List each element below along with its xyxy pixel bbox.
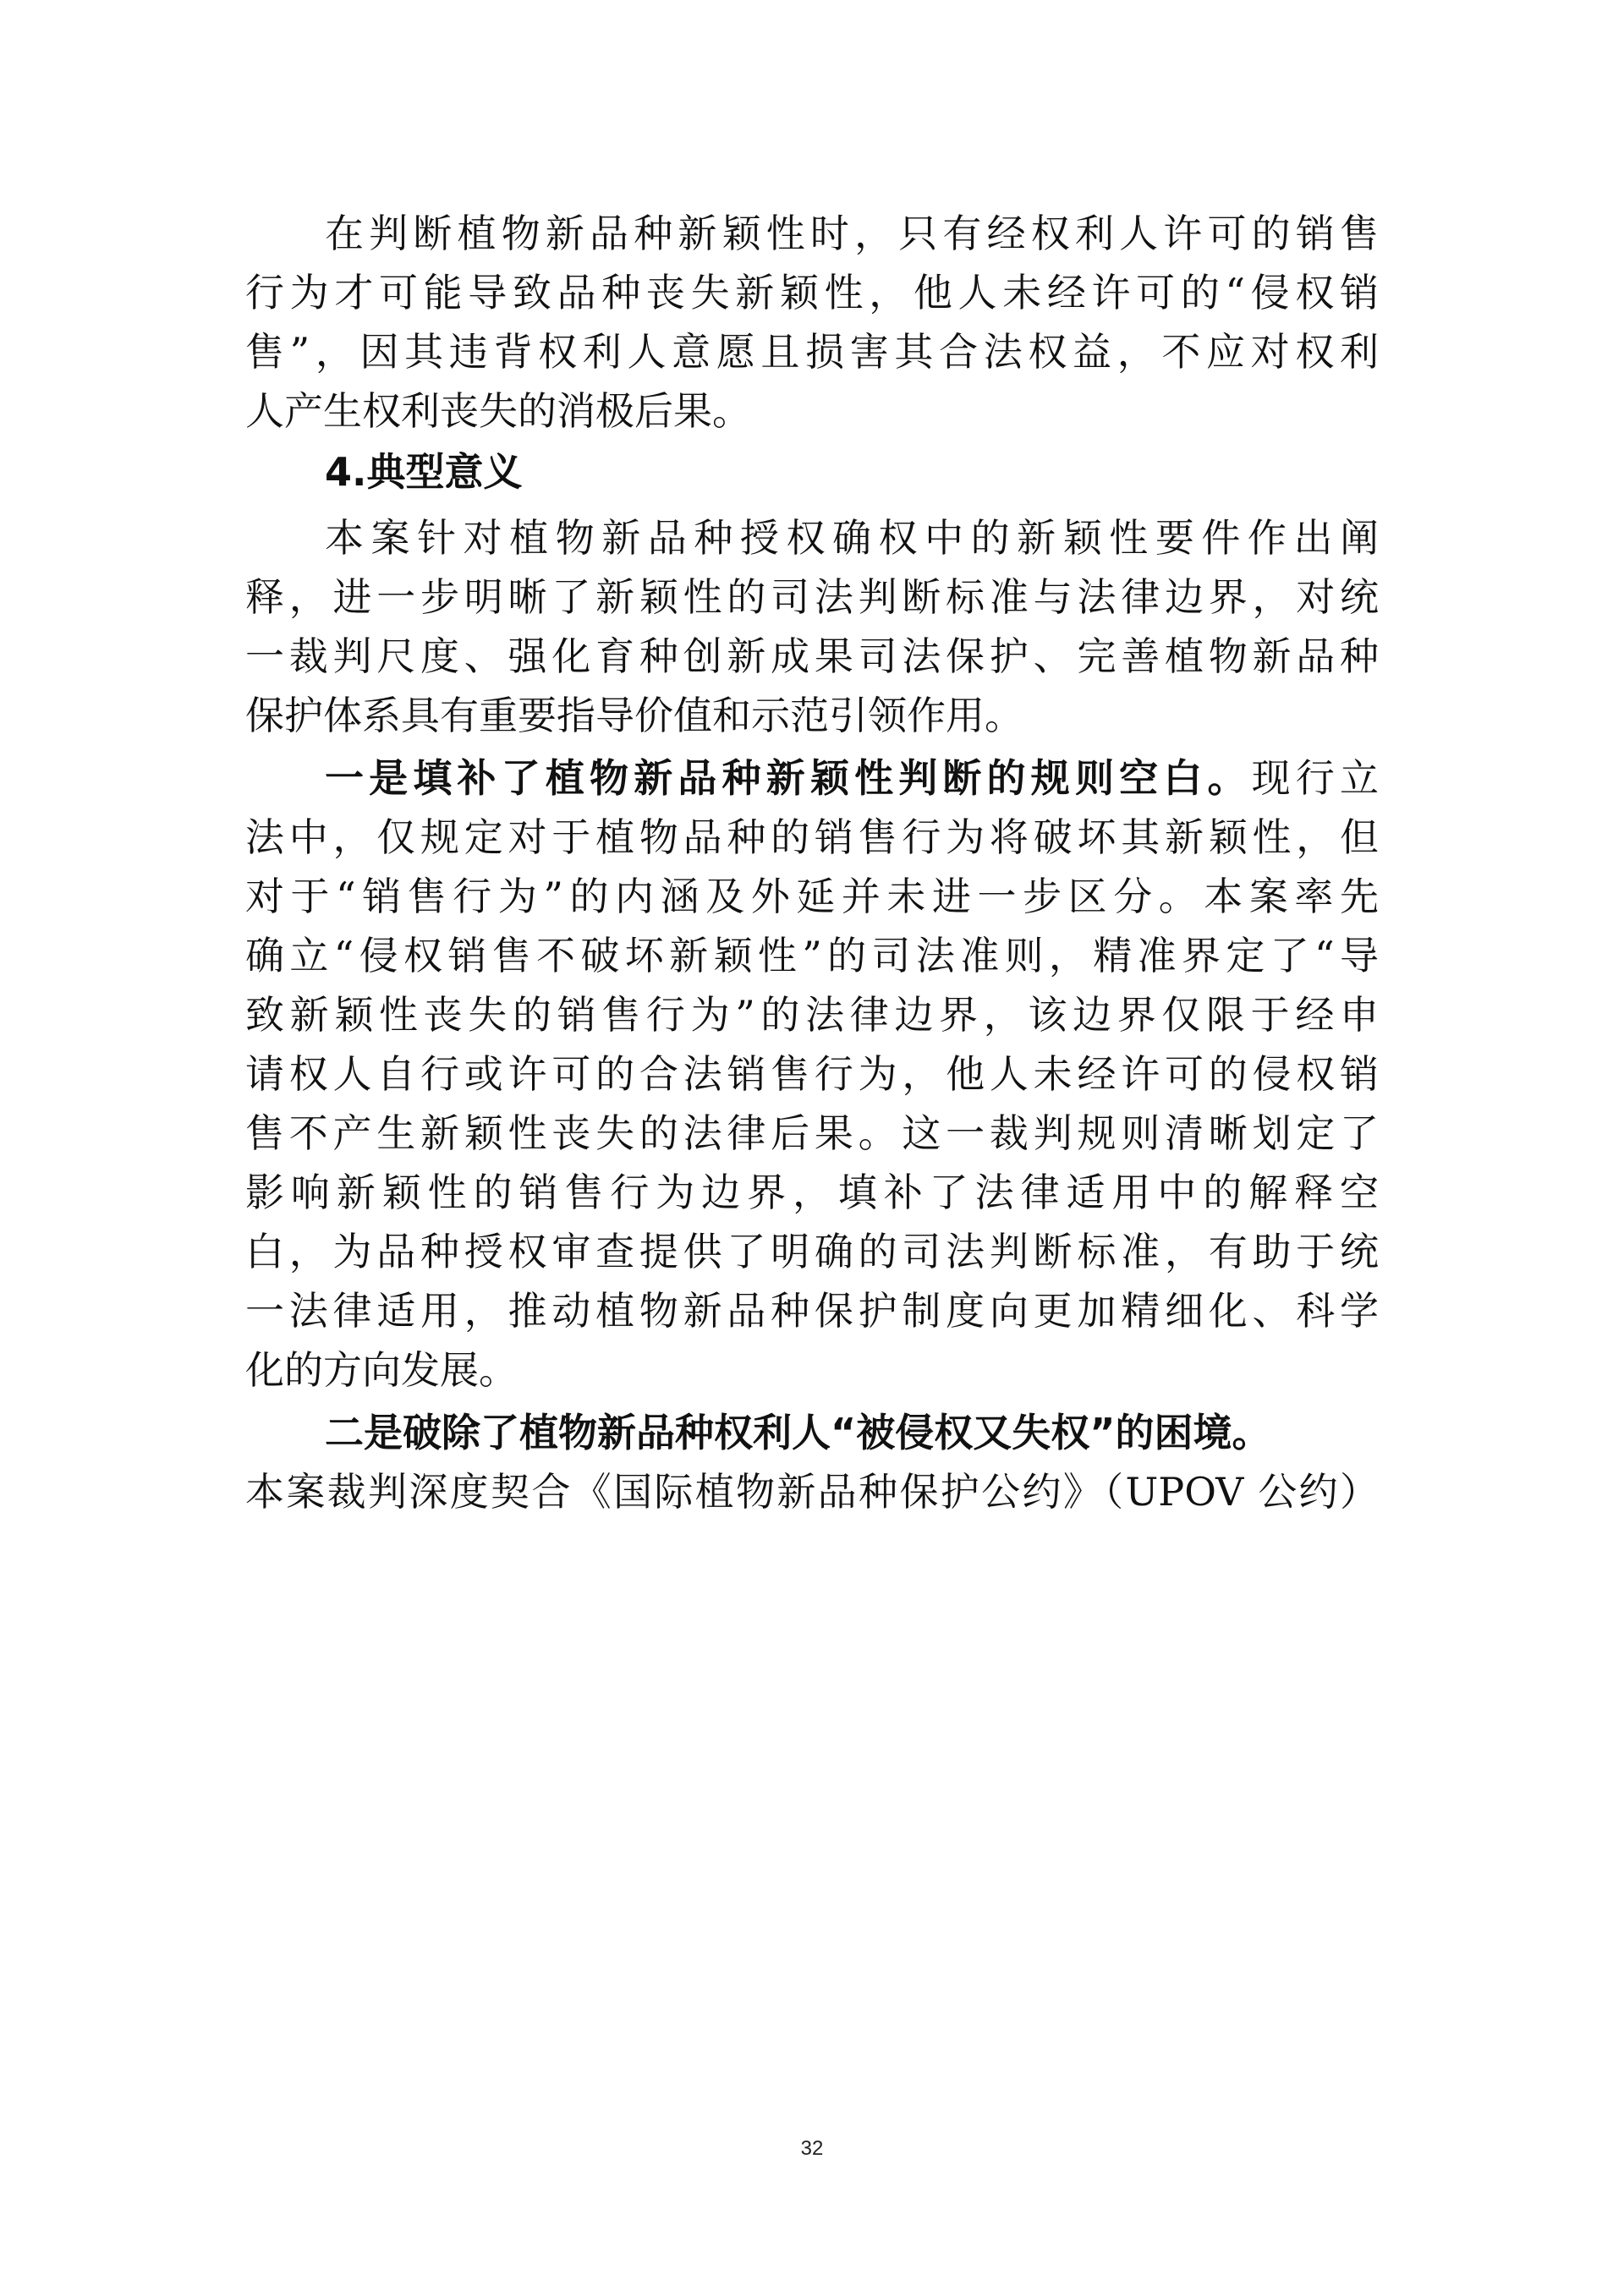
point-1-line-8: 影响新颖性的销售行为边界，填补了法律适用中的解释空 [245,1167,1379,1218]
document-page: 在判断植物新品种新颖性时，只有经权利人许可的销售 行为才可能导致品种丧失新颖性，… [0,0,1624,2296]
paragraph-1-line-2: 行为才可能导致品种丧失新颖性，他人未经许可的“侵权销 [245,267,1379,318]
point-2-line-2: 本案裁判深度契合《国际植物新品种保护公约》（UPOV 公约） [245,1466,1379,1517]
paragraph-1-line-3: 售”，因其违背权利人意愿且损害其合法权益，不应对权利 [245,326,1379,377]
point-1-lead: 一是填补了植物新品种新颖性判断的规则空白。 [325,755,1252,801]
point-1-lead-rest: 现行立 [1252,755,1379,801]
point-1-line-5: 致新颖性丧失的销售行为”的法律边界，该边界仅限于经申 [245,989,1379,1040]
paragraph-2-line-2: 释，进一步明晰了新颖性的司法判断标准与法律边界，对统 [245,572,1379,622]
paragraph-2-line-3: 一裁判尺度、强化育种创新成果司法保护、完善植物新品种 [245,631,1379,682]
point-1-line-9: 白，为品种授权审查提供了明确的司法判断标准，有助于统 [245,1226,1379,1277]
point-1-line-11: 化的方向发展。 [245,1345,1379,1395]
paragraph-2-line-1: 本案针对植物新品种授权确权中的新颖性要件作出阐 [325,512,1379,563]
point-1-line-4: 确立“侵权销售不破坏新颖性”的司法准则，精准界定了“导 [245,930,1379,981]
paragraph-1-line-1: 在判断植物新品种新颖性时，只有经权利人许可的销售 [325,208,1379,259]
point-1-line-6: 请权人自行或许可的合法销售行为，他人未经许可的侵权销 [245,1049,1379,1099]
page-number: 32 [0,2137,1624,2161]
point-1-line-3: 对于“销售行为”的内涵及外延并未进一步区分。本案率先 [245,871,1379,922]
point-2-line-1: 二是破除了植物新品种权利人“被侵权又失权”的困境。 [325,1407,1379,1458]
point-1-line-7: 售不产生新颖性丧失的法律后果。这一裁判规则清晰划定了 [245,1108,1379,1159]
point-1-line-10: 一法律适用，推动植物新品种保护制度向更加精细化、科学 [245,1285,1379,1336]
point-2-lead: 二是破除了植物新品种权利人“被侵权又失权”的困境。 [325,1410,1270,1455]
paragraph-2-line-4: 保护体系具有重要指导价值和示范引领作用。 [245,690,1379,741]
point-1-line-2: 法中，仅规定对于植物品种的销售行为将破坏其新颖性，但 [245,812,1379,863]
point-1-line-1: 一是填补了植物新品种新颖性判断的规则空白。现行立 [325,753,1379,803]
paragraph-1-line-4: 人产生权利丧失的消极后果。 [245,386,1379,436]
section-heading: 4.典型意义 [325,447,1379,497]
